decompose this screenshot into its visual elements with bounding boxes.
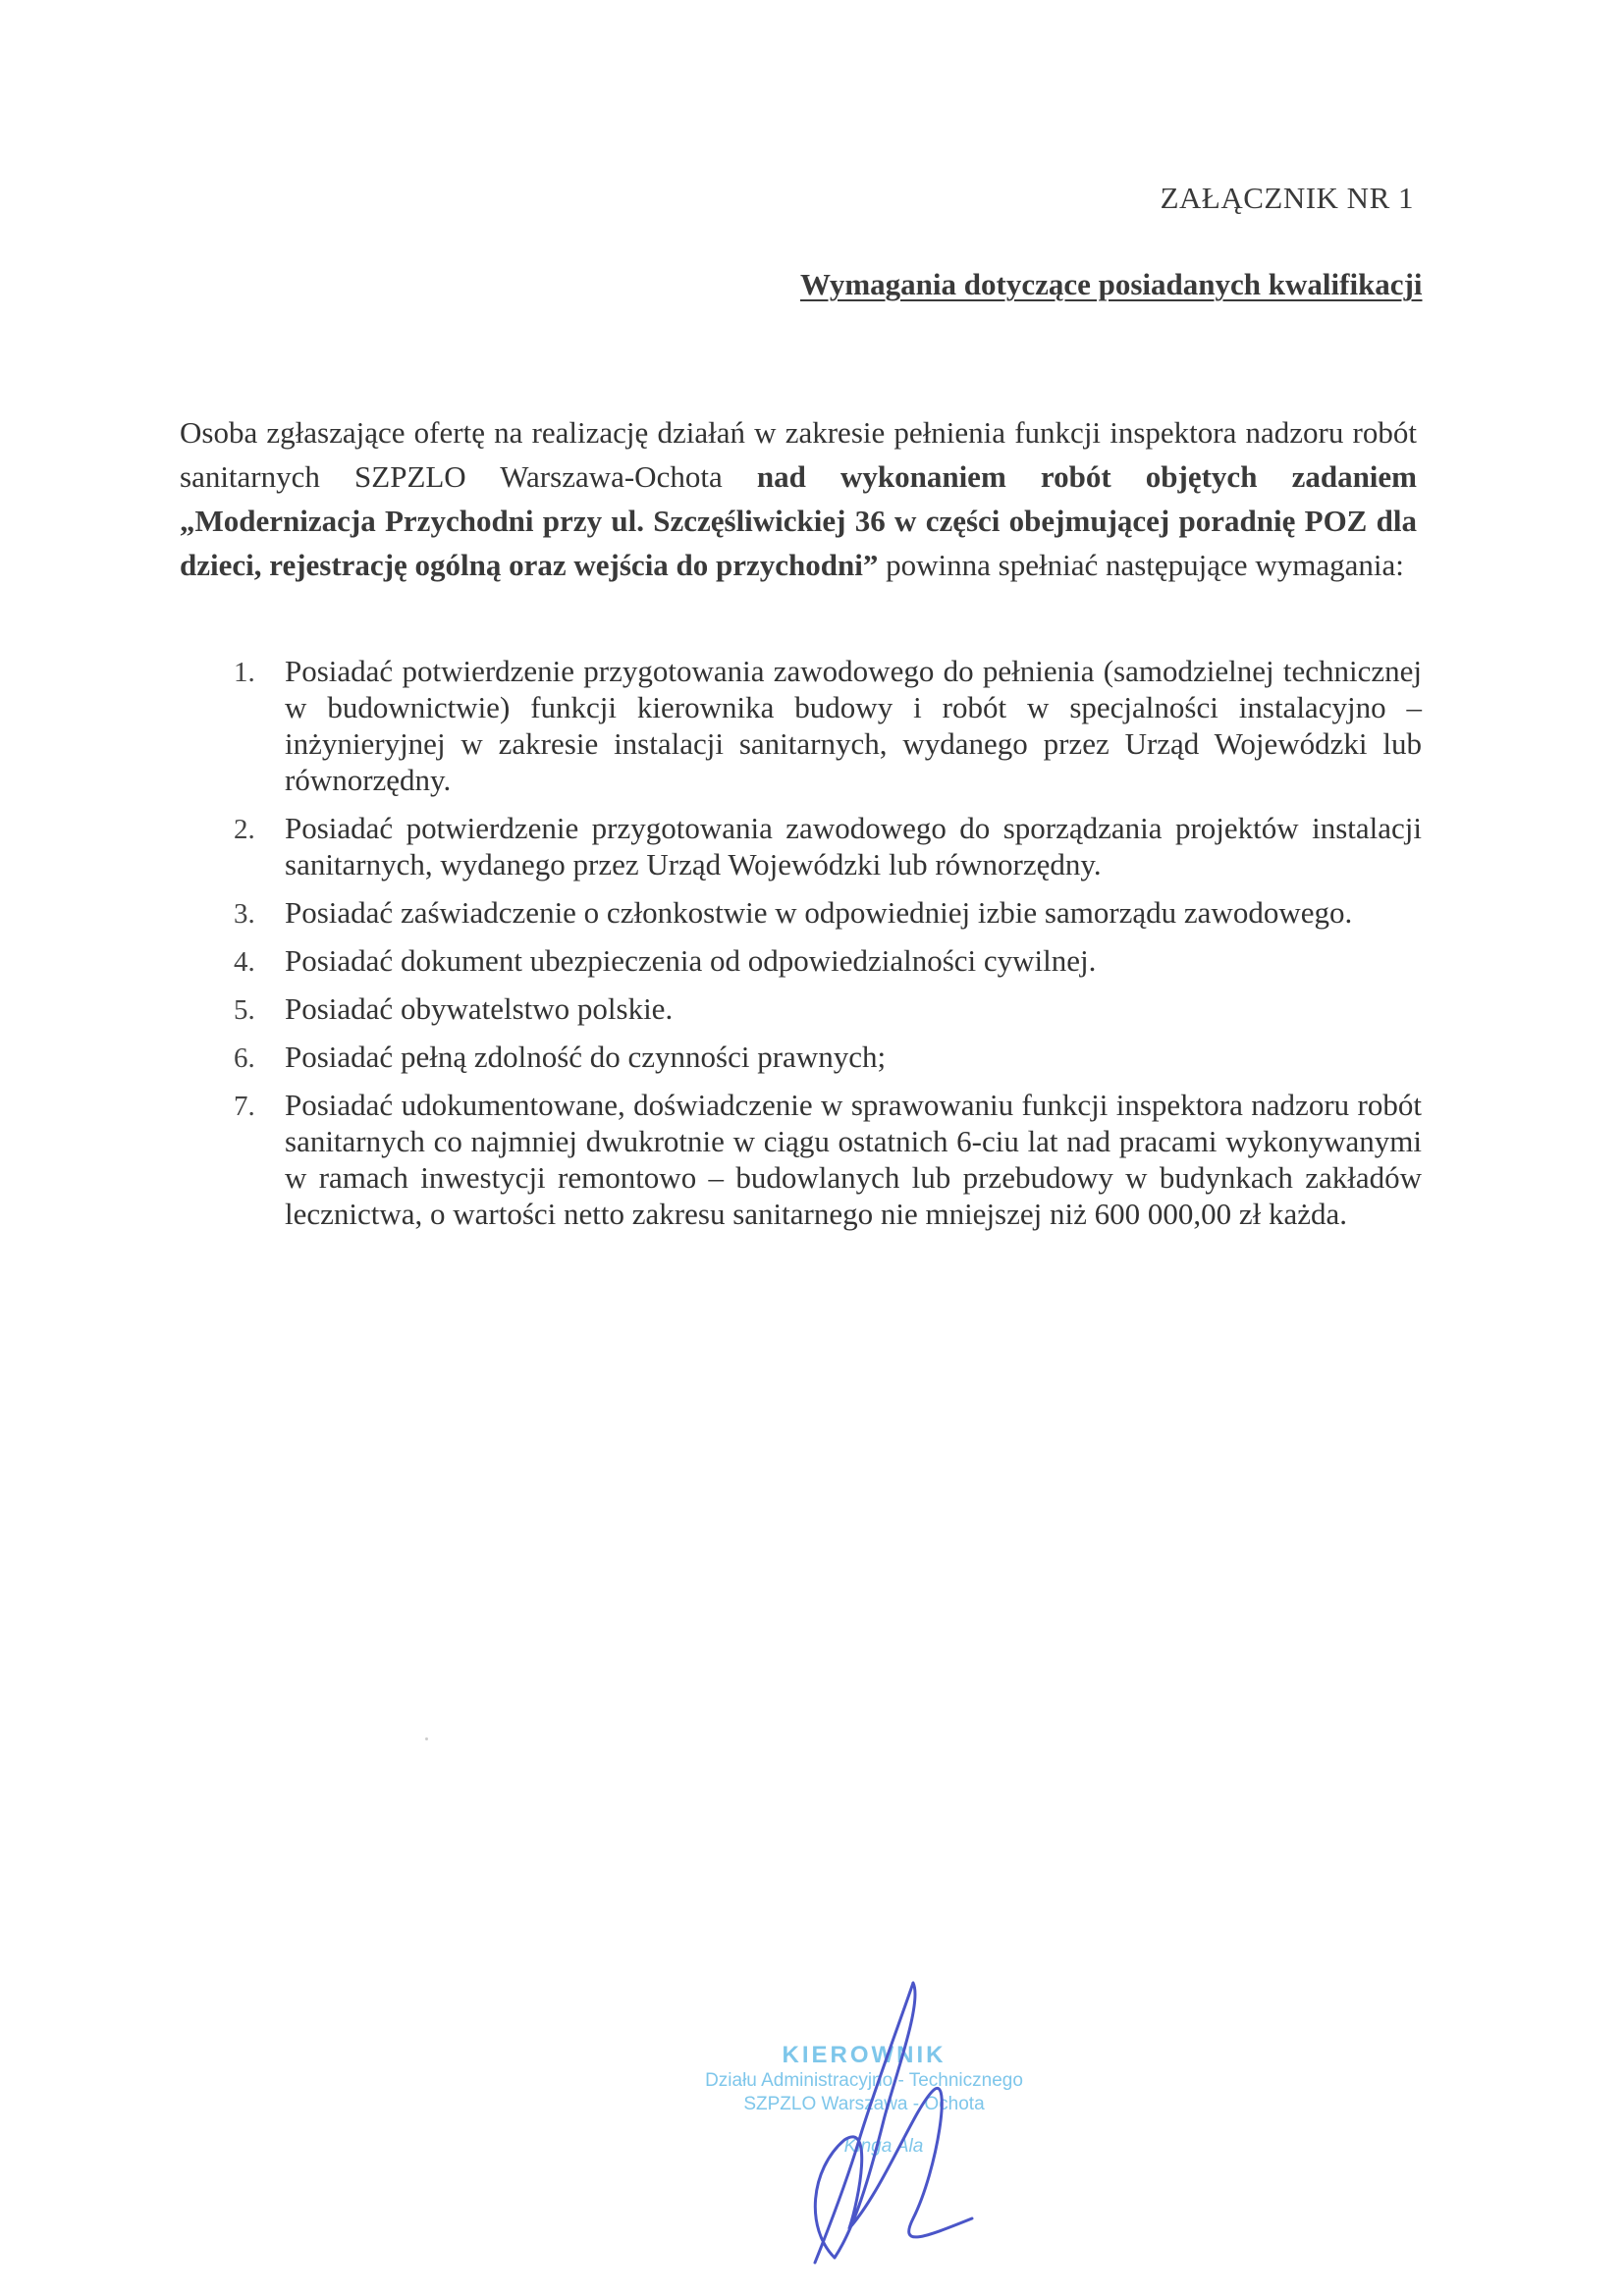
item-text: Posiadać potwierdzenie przygotowania zaw… [285, 811, 1422, 881]
item-number: 3. [234, 896, 255, 933]
requirement-item: 1.Posiadać potwierdzenie przygotowania z… [194, 653, 1422, 798]
document-title: Wymagania dotyczące posiadanych kwalifik… [800, 267, 1423, 302]
item-text: Posiadać zaświadczenie o członkostwie w … [285, 895, 1352, 930]
requirement-item: 7.Posiadać udokumentowane, doświadczenie… [194, 1087, 1422, 1232]
item-number: 1. [234, 655, 255, 691]
requirement-item: 4.Posiadać dokument ubezpieczenia od odp… [194, 942, 1422, 979]
annex-label: ZAŁĄCZNIK NR 1 [1159, 181, 1414, 216]
requirement-item: 6.Posiadać pełną zdolność do czynności p… [194, 1039, 1422, 1075]
requirement-item: 5.Posiadać obywatelstwo polskie. [194, 990, 1422, 1027]
handwritten-signature [766, 1973, 982, 2268]
item-number: 7. [234, 1089, 255, 1125]
item-number: 5. [234, 992, 255, 1029]
item-text: Posiadać pełną zdolność do czynności pra… [285, 1040, 886, 1074]
item-number: 2. [234, 812, 255, 848]
requirement-item: 2.Posiadać potwierdzenie przygotowania z… [194, 810, 1422, 882]
intro-paragraph: Osoba zgłaszające ofertę na realizację d… [180, 410, 1417, 587]
item-number: 4. [234, 944, 255, 981]
item-text: Posiadać dokument ubezpieczenia od odpow… [285, 943, 1096, 978]
item-text: Posiadać potwierdzenie przygotowania zaw… [285, 654, 1422, 797]
scan-speck [425, 1737, 428, 1740]
requirement-item: 3.Posiadać zaświadczenie o członkostwie … [194, 894, 1422, 931]
requirements-list: 1.Posiadać potwierdzenie przygotowania z… [194, 653, 1422, 1244]
item-text: Posiadać udokumentowane, doświadczenie w… [285, 1088, 1422, 1231]
item-number: 6. [234, 1041, 255, 1077]
item-text: Posiadać obywatelstwo polskie. [285, 991, 673, 1026]
intro-text-end: powinna spełniać następujące wymagania: [878, 548, 1403, 582]
